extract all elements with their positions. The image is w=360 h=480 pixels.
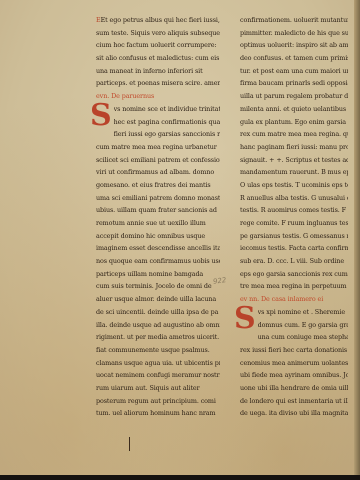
text-line: rum uiarum aut. Siquis aut aliter: [96, 382, 220, 395]
left-column: EEt ego petrus albus qui hec fieri iussi…: [96, 14, 220, 420]
text-line: viri ut confirmamus ad albam. domno: [96, 166, 220, 179]
text-line: gula ex plantum. Ego enim garsia: [240, 116, 348, 129]
decorated-initial: S: [234, 306, 256, 332]
text-line: aluer usque almor. deinde uilla lacuna: [96, 293, 220, 306]
decorated-initial: S: [90, 103, 112, 129]
text-line: illa. deinde usque ad augustino ab omni …: [96, 319, 220, 332]
text-line: sub era. D. ccc. L viii. Sub ordine: [240, 255, 348, 268]
text-line: cium hoc factum uoluerit corrumpere:: [96, 39, 220, 52]
text-line: nos quoque eam confirmamus uobis usque: [96, 255, 220, 268]
text-line: pe garsianus testis. G omessanus ma: [240, 230, 348, 243]
rubric-heading: ev nn. De casa inlamero ei: [240, 293, 348, 306]
text-line: sum teste. Siquis vero aliquis subsequen: [96, 27, 220, 40]
text-line: tum. uel aliorum hominum hanc nram: [96, 407, 220, 420]
text-line: remotum annie sue ut uexillo illum: [96, 217, 220, 230]
text-line: imaginem esset descendisse ancellis ita: [96, 242, 220, 255]
text-line: particeps. et poenas misera scire. amen.: [96, 77, 220, 90]
page-gutter: [354, 0, 360, 475]
text-line: cenomius mea animerum uolantes: [240, 357, 348, 370]
text-line: uma sci emiliani patrem domno monastici: [96, 192, 220, 205]
text-line: eps ego garsia sanccionis rex cum ma: [240, 268, 348, 281]
text-line: rex cum matre mea mea regina. qui: [240, 128, 348, 141]
text-line: O ulas eps testis. T ucominis eps testis…: [240, 179, 348, 192]
text-line: iecomus testis. Facta carta confirmation…: [240, 242, 348, 255]
text-line: deo confusus. et tamen cum primis sequa: [240, 52, 348, 65]
text-line: de uega. ita diviso ubi illa magnitas: [240, 407, 348, 420]
text-line: fieri iussi ego garsias sanccionis rex u…: [114, 128, 220, 141]
text-line: EEt ego petrus albus qui hec fieri iussi…: [96, 14, 220, 27]
text-line: clamans usque agua uia. ut ubicentis pri: [96, 357, 220, 370]
marginal-note: 922: [213, 276, 227, 286]
text-line: hec est pagina confirmationis quam: [114, 116, 220, 129]
text-line: signauit. + +. Scriptus et testes ad ess…: [240, 154, 348, 167]
text-line: uocat neminem confugi meramur nostri: [96, 369, 220, 382]
text-line: rege comite. F ruum ingluanus testis. L …: [240, 217, 348, 230]
manuscript-page: EEt ego petrus albus qui hec fieri iussi…: [0, 0, 356, 475]
text-line: ubius. uillam quam frater sancionis ad: [96, 204, 220, 217]
text-line: hanc paginam fieri iussi: manu propria: [240, 141, 348, 154]
text-line: confirmationem. uoluerit mutantur ad: [240, 14, 348, 27]
text-line: rigiment. ut per media ametros uicerit.: [96, 331, 220, 344]
text-line: de sci uincentii. deinde uilla ipsa de p…: [96, 306, 220, 319]
text-line: rex iussi fieri hec carta donationis ad: [240, 344, 348, 357]
text-line: sit alio confusus et maledictus: cum eis: [96, 52, 220, 65]
text-line: una cum coniuge mea stephania ego: [258, 331, 348, 344]
text-line: accepit domino hic omnibus usque: [96, 230, 220, 243]
text-line: domnus cum. E go garsia gra dei rex: [258, 319, 348, 332]
text-line: tur. et post eam una cum maiori un: [240, 65, 348, 78]
text-line: testis. R auomirus comes testis. F ummi: [240, 204, 348, 217]
text-line: posterum regum aut principium. comi: [96, 395, 220, 408]
text-line: mandamentum rauerunt. B mus eps testis.: [240, 166, 348, 179]
text-line: optimus uoluerit: inspiro sit ab ampio: [240, 39, 348, 52]
right-column: confirmationem. uoluerit mutantur ad pim…: [240, 14, 348, 420]
text-line: tre mea mea regina in perpetuum et: [240, 280, 348, 293]
text-line: cum matre mea mea regina urbanetur: [96, 141, 220, 154]
text-line: fiat communemente usque psalmus.: [96, 344, 220, 357]
scan-edge: [0, 475, 360, 480]
line-text: Et ego petrus albus qui hec fieri iussi,: [101, 16, 220, 24]
text-line: vs xpi nomine et . Sheremie: [258, 306, 348, 319]
text-line: cum suis terminis. Jocelo de omni de: [96, 280, 220, 293]
text-line: R anuellus alba testis. G unusalui comes: [240, 192, 348, 205]
text-line: scilicet sci emiliani patrem et confessi…: [96, 154, 220, 167]
text-line: uone ubi illa hendrare de omia uilla: [240, 382, 348, 395]
text-line: milenta anni. et quieto uelantibus ro t: [240, 103, 348, 116]
rubric-heading: evn. De paruernus: [96, 90, 220, 103]
text-line: uilla ut parum regalem probatur duo: [240, 90, 348, 103]
text-line: gomesano. et eius fratres dei mantis: [96, 179, 220, 192]
text-line: pimmitter. maledicto de his que supra: [240, 27, 348, 40]
text-line: vs nomine sce et individue trinitatis.: [114, 103, 220, 116]
text-line: de londero qui est inmentaria ut illa: [240, 395, 348, 408]
text-line: una maneat in inferno inferiori sit: [96, 65, 220, 78]
descender-stroke: [129, 437, 130, 451]
text-line: ubi fiede mea ayrinam omnibus. Jocel: [240, 369, 348, 382]
text-line: particeps uillam nomine bamgada: [96, 268, 220, 281]
text-line: firma baucam prinarls sedi opposiar sin: [240, 77, 348, 90]
